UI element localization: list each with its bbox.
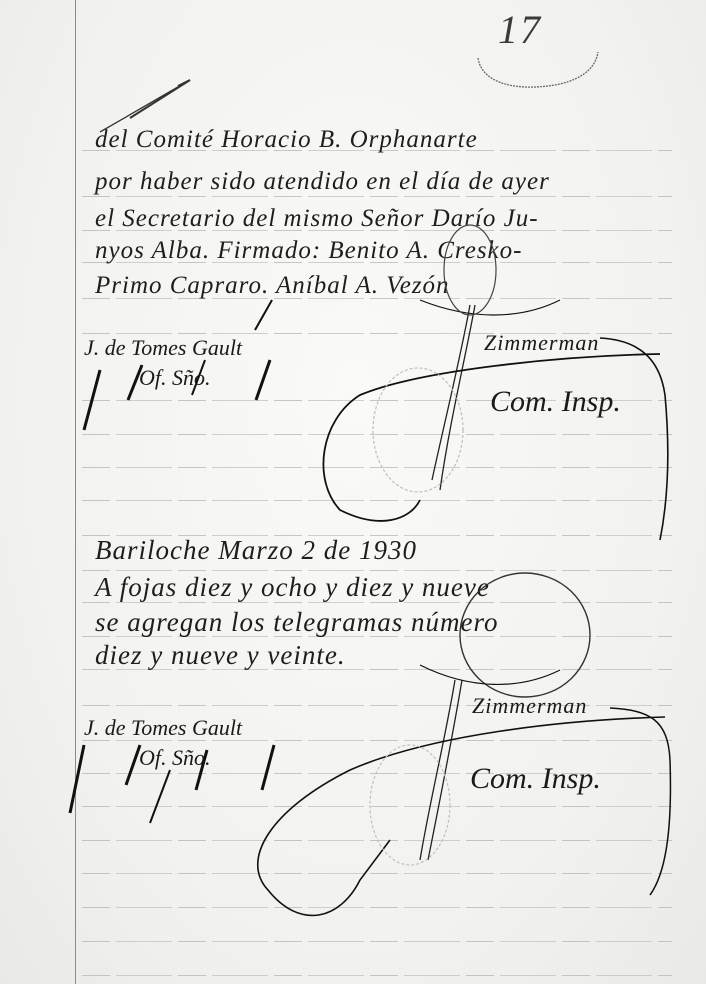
ruled-line [82, 434, 672, 435]
ruled-line [82, 500, 672, 501]
folio-number: 17 [498, 6, 542, 53]
entry-2-line: diez y nueve y veinte. [95, 640, 346, 671]
entry-1-line: el Secretario del mismo Señor Darío Ju- [95, 205, 539, 233]
signature-commissioner-name: Zimmerman [472, 693, 587, 719]
signature-commissioner-title: Com. Insp. [490, 385, 621, 419]
ruled-line [82, 941, 672, 942]
signature-official-name: J. de Tomes Gault [84, 335, 242, 361]
ruled-line [82, 806, 672, 807]
entry-1-line: por haber sido atendido en el día de aye… [95, 168, 550, 196]
signature-official-title: Of. Sño. [139, 745, 242, 771]
entry-1-line: Primo Capraro. Aníbal A. Vezón [95, 272, 450, 300]
document-page: 17 del Comité Horacio B. Orphanarte por … [0, 0, 706, 984]
signature-commissioner-title: Com. Insp. [470, 762, 601, 796]
ruled-line [82, 570, 672, 571]
ruled-line [82, 840, 672, 841]
entry-2-date: Bariloche Marzo 2 de 1930 [95, 535, 417, 566]
entry-1-line: del Comité Horacio B. Orphanarte [95, 126, 478, 154]
ruled-line [82, 907, 672, 908]
signature-official: J. de Tomes Gault Of. Sño. [84, 335, 242, 391]
ruled-line [82, 196, 672, 197]
ruled-line [82, 975, 672, 976]
signature-official-name: J. de Tomes Gault [84, 715, 242, 741]
signature-commissioner-name: Zimmerman [484, 330, 599, 356]
entry-1-line: nyos Alba. Firmado: Benito A. Cresko- [95, 237, 522, 265]
entry-2-line: A fojas diez y ocho y diez y nueve [95, 572, 490, 603]
entry-2-line: se agregan los telegramas número [95, 607, 498, 638]
signature-official: J. de Tomes Gault Of. Sño. [84, 715, 242, 771]
margin-line [75, 0, 76, 984]
signature-official-title: Of. Sño. [139, 365, 242, 391]
folio-stamp: 17 [480, 4, 610, 84]
ruled-line [82, 873, 672, 874]
ruled-line [82, 467, 672, 468]
